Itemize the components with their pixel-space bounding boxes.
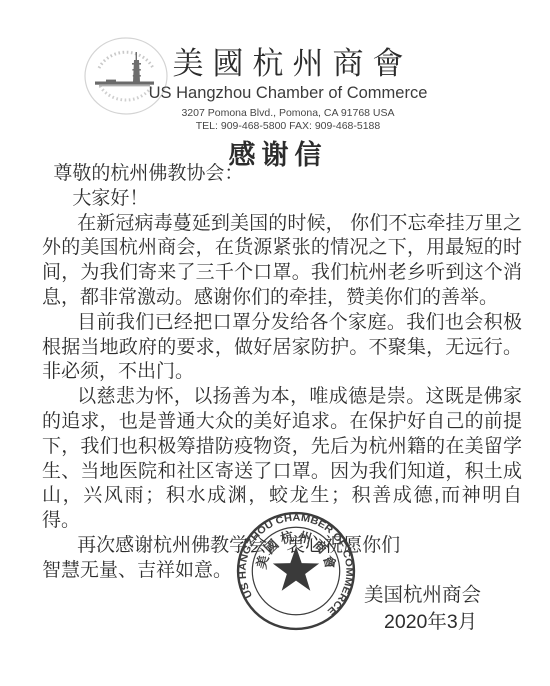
org-address: 3207 Pomona Blvd., Pomona, CA 91768 USA <box>122 107 454 120</box>
svg-text:會: 會 <box>319 554 339 571</box>
star-icon <box>273 547 319 591</box>
org-name-chinese: 美國杭州商會 <box>122 46 454 82</box>
greeting: 大家好！ <box>42 187 522 212</box>
letterhead: 美國杭州商會 US Hangzhou Chamber of Commerce 3… <box>122 46 454 133</box>
salutation: 尊敬的杭州佛教协会： <box>42 162 522 187</box>
paragraph-1: 在新冠病毒蔓延到美国的时候， 你们不忘牵挂万里之外的美国杭州商会，在货源紧张的情… <box>42 212 522 311</box>
chamber-seal-stamp: US HANGZHOU CHAMBER OF COMMERCE 美 國 杭 州 … <box>234 509 358 633</box>
letter-page: 美國杭州商會 US Hangzhou Chamber of Commerce 3… <box>0 0 550 686</box>
org-name-english: US Hangzhou Chamber of Commerce <box>122 84 454 103</box>
svg-text:國: 國 <box>261 536 282 557</box>
signature-org-name: 美国杭州商会 <box>364 579 481 607</box>
svg-text:州: 州 <box>296 529 313 548</box>
paragraph-2: 目前我们已经把口罩分发给各个家庭。我们也会积极根据当地政府的要求，做好居家防护。… <box>42 311 522 385</box>
org-contact: TEL: 909-468-5800 FAX: 909-468-5188 <box>122 120 454 133</box>
signature-date: 2020年3月 <box>384 606 477 634</box>
